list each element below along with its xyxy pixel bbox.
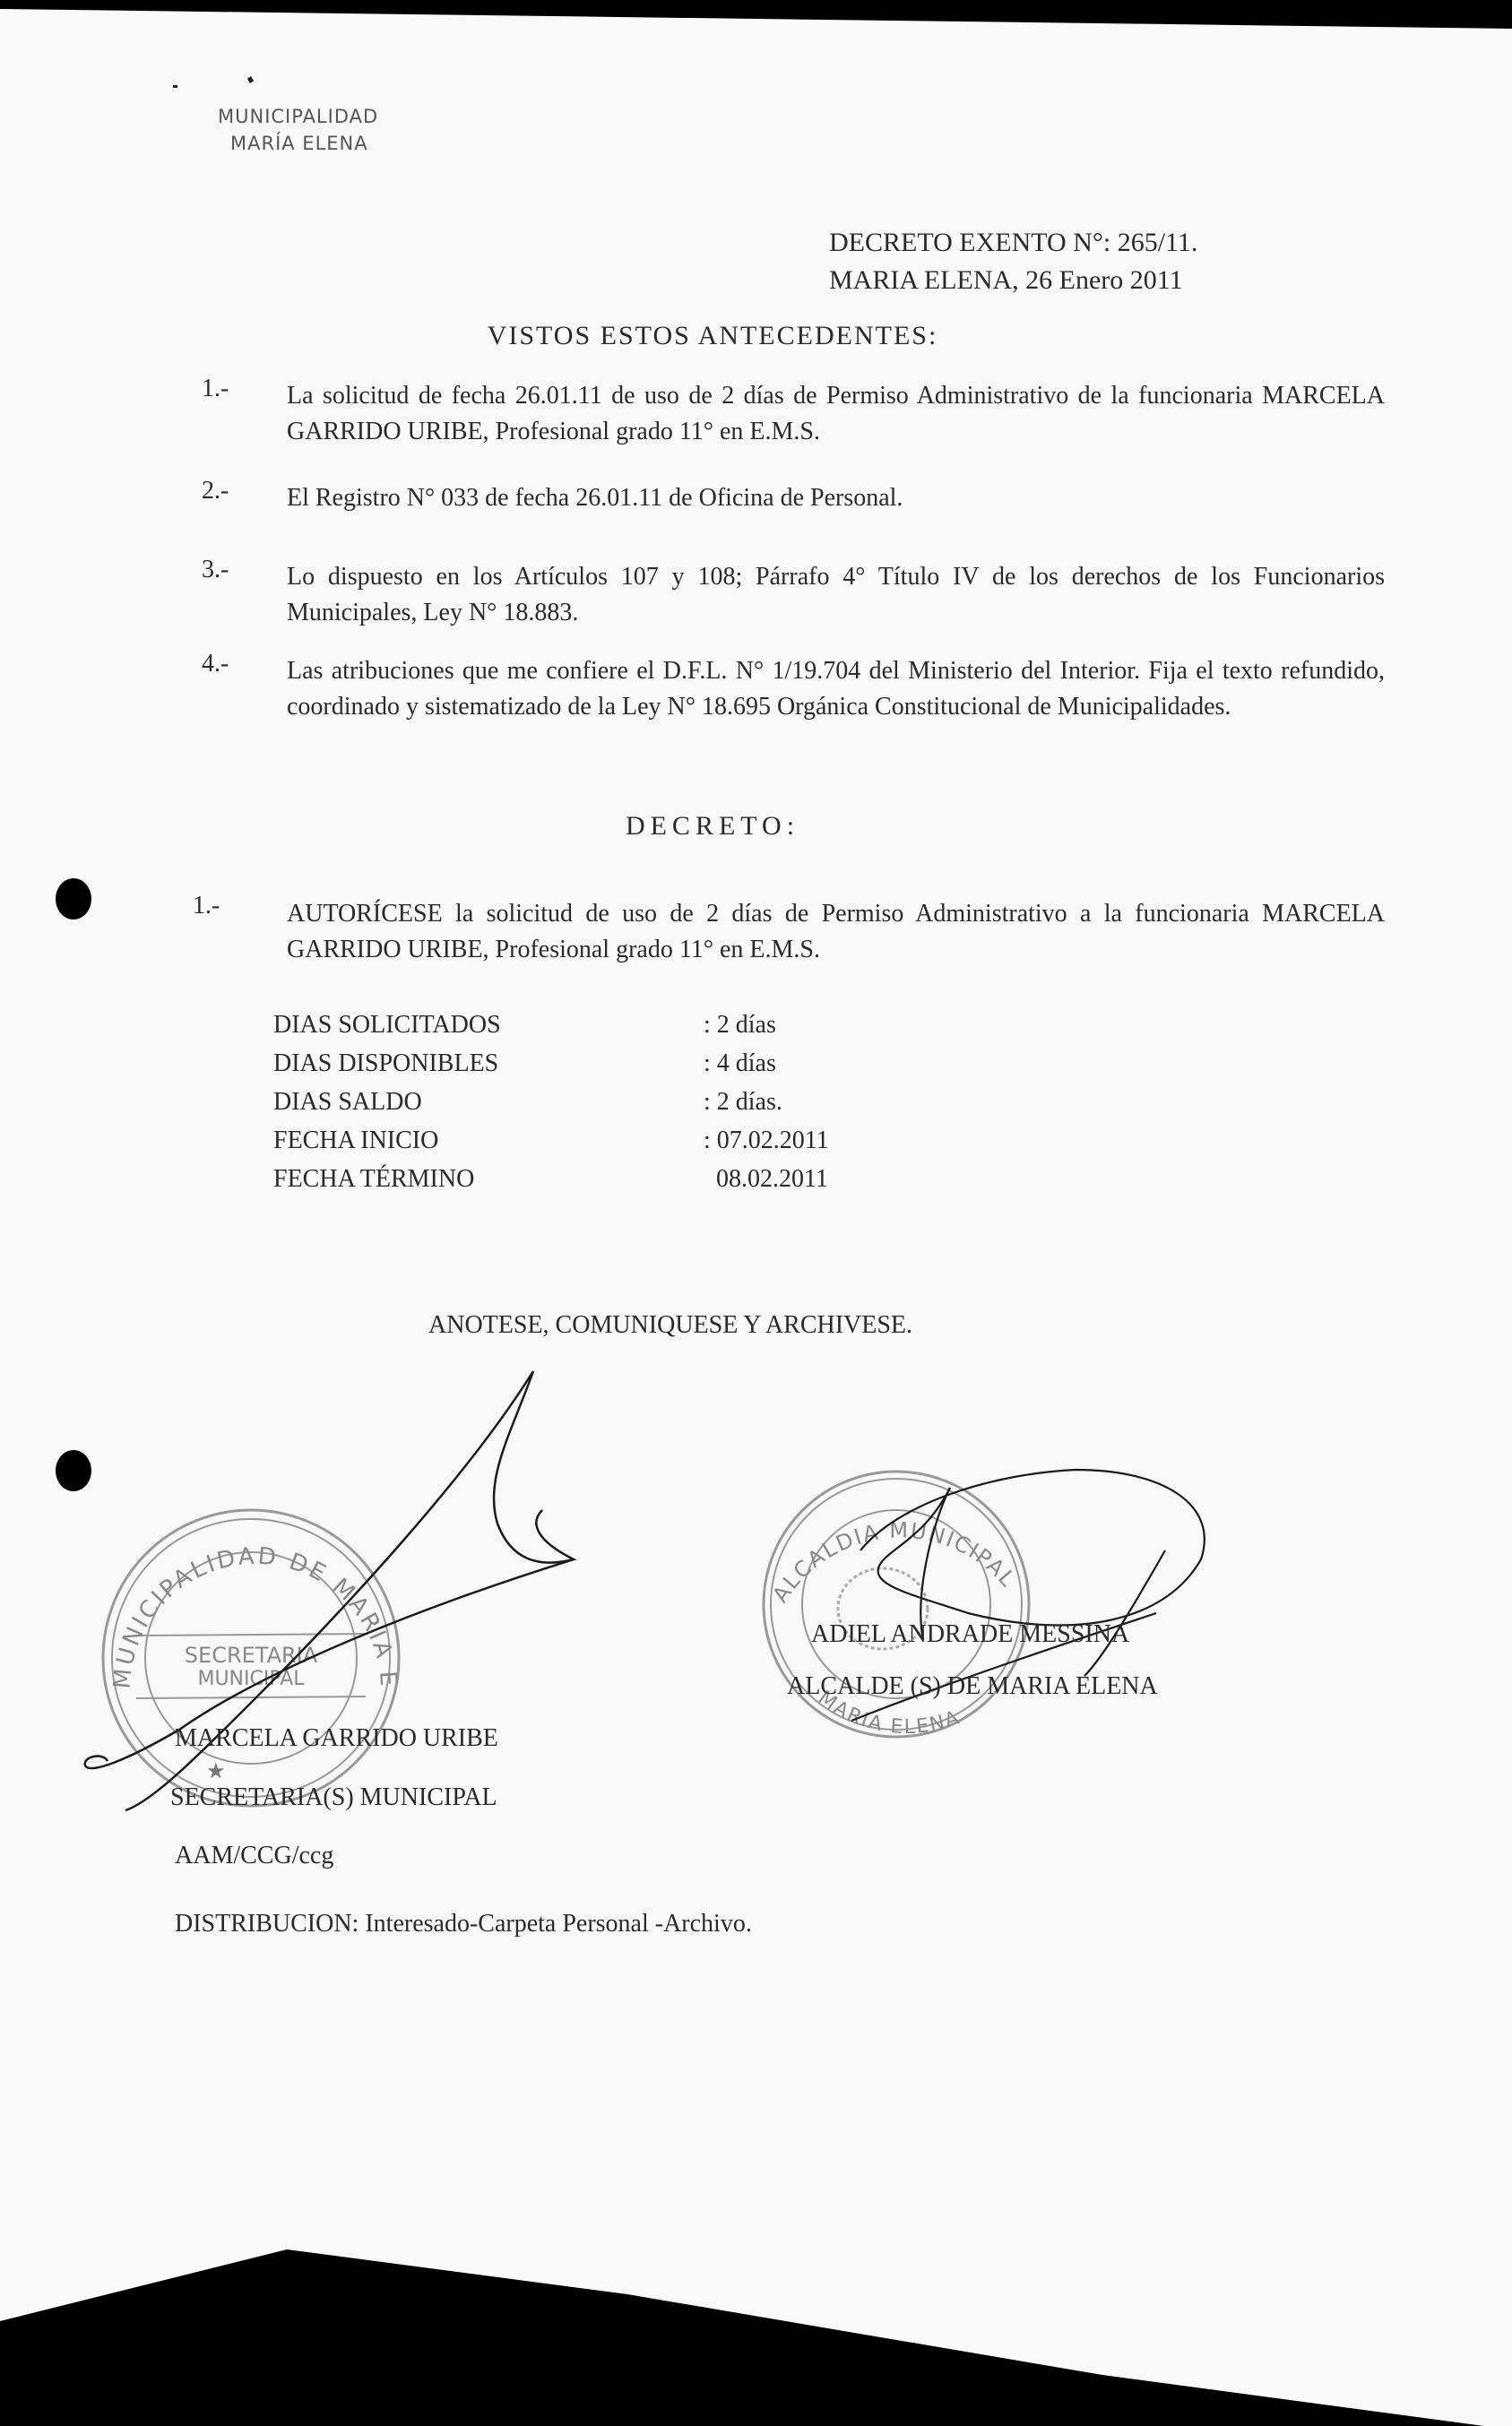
secretary-stamp-ring-text: MUNICIPALIDAD DE MARIA ELENA	[0, 0, 402, 1690]
secretary-title: SECRETARIA(S) MUNICIPAL	[170, 1783, 497, 1812]
distribution-line: DISTRIBUCION: Interesado-Carpeta Persona…	[175, 1910, 752, 1938]
mayor-title: ALCALDE (S) DE MARIA ELENA	[787, 1672, 1158, 1701]
mayor-name: ADIEL ANDRADE MESSINA	[811, 1620, 1129, 1649]
stamps-and-signatures: MUNICIPALIDAD DE MARIA ELENA SECRETARIA …	[0, 0, 1512, 2426]
scanned-page: MUNICIPALIDAD MARÍA ELENA DECRETO EXENTO…	[0, 0, 1512, 2426]
secretary-name: MARCELA GARRIDO URIBE	[175, 1724, 498, 1753]
initials: AAM/CCG/ccg	[175, 1842, 333, 1870]
mayor-stamp-ring-top: ALCALDIA MUNICIPAL	[767, 1518, 1021, 1608]
star-icon: ★	[206, 1760, 226, 1783]
